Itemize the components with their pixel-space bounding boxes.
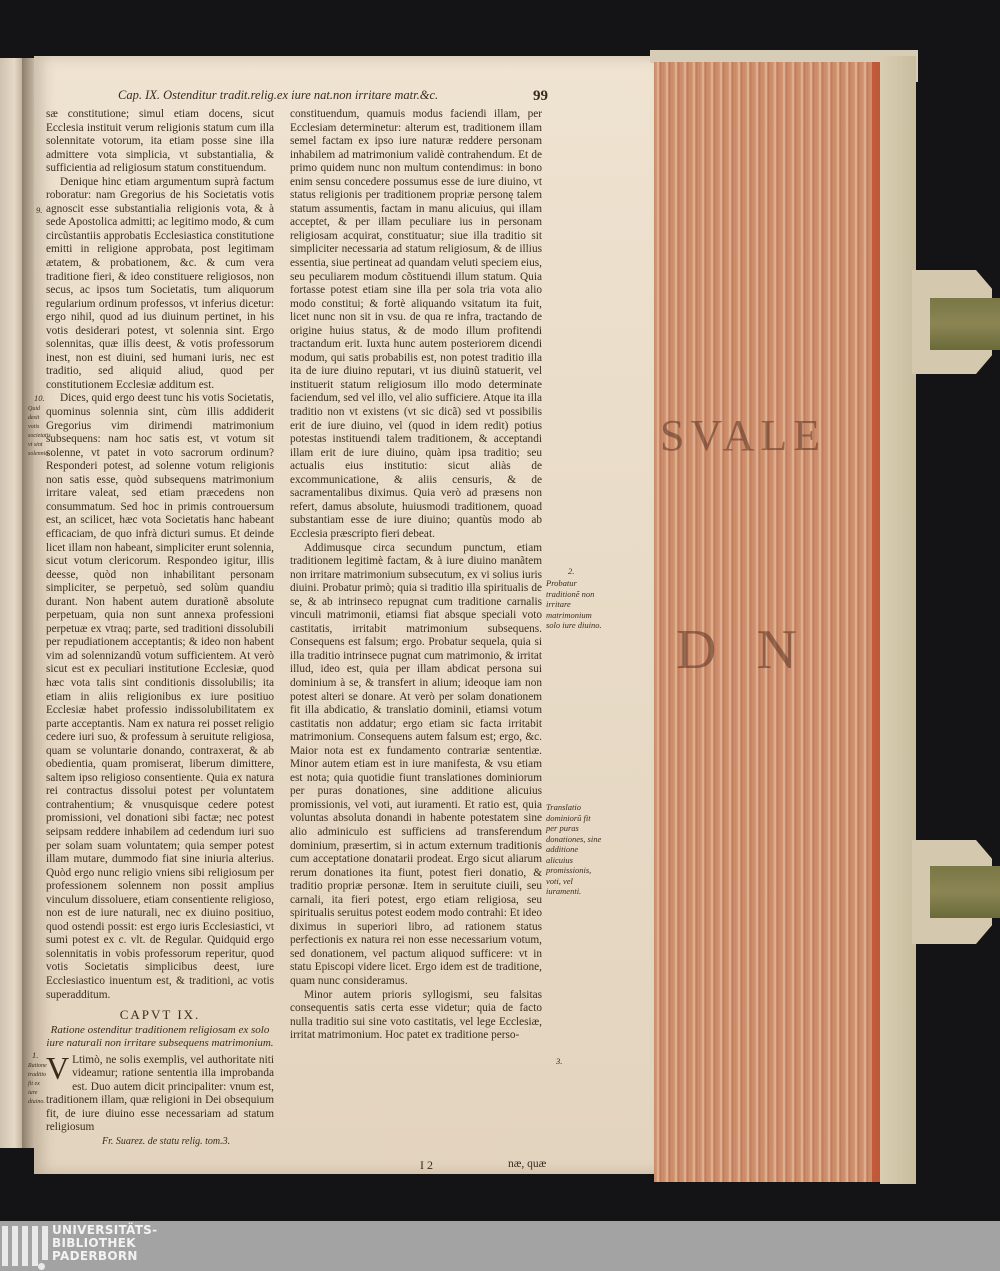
margin-note: Quid desit votis societatis vt sint sole… bbox=[28, 405, 48, 459]
margin-note-number: 3. bbox=[556, 1056, 562, 1067]
clasp-metal-upper bbox=[930, 298, 1000, 350]
footer-bar: UNIVERSITÄTS- BIBLIOTHEK PADERBORN bbox=[0, 1221, 1000, 1271]
catchword: næ, quæ bbox=[508, 1158, 546, 1170]
margin-note: Translatio dominiorũ fit per puras donat… bbox=[546, 802, 602, 897]
logo-line-3: PADERBORN bbox=[52, 1250, 157, 1263]
chapter-heading: CAPVT IX. bbox=[46, 1008, 274, 1022]
chapter-opening-text: Ltimò, ne solis exemplis, vel authoritat… bbox=[46, 1054, 274, 1134]
paragraph: Denique hinc etiam argumentum suprà fact… bbox=[46, 176, 274, 393]
fore-edge-stamp-line1: SVALE bbox=[660, 410, 826, 461]
signature-line: Fr. Suarez. de statu relig. tom.3. bbox=[46, 1135, 274, 1149]
running-head-title: Cap. IX. Ostenditur tradit.relig.ex iure… bbox=[118, 88, 438, 105]
scan-image: SVALE DN Cap. IX. Ostenditur tradit.reli… bbox=[0, 0, 1000, 1220]
page-number: 99 bbox=[533, 88, 548, 105]
margin-note: Probatur traditionẽ non irritare matrimo… bbox=[546, 578, 602, 631]
paragraph: Minor autem prioris syllogismi, seu fals… bbox=[290, 989, 542, 1043]
margin-note-number: 10. bbox=[34, 393, 45, 404]
right-column: constituendum, quamuis modus faciendi il… bbox=[290, 108, 542, 1043]
book-cover-edge bbox=[880, 56, 916, 1184]
fore-edge-stamp-line2: DN bbox=[676, 618, 837, 682]
drop-cap: V bbox=[46, 1054, 69, 1082]
clasp-metal-lower bbox=[930, 866, 1000, 918]
chapter-subtitle: Ratione ostenditur traditionem religiosa… bbox=[46, 1024, 274, 1050]
logo-dot-icon bbox=[38, 1263, 45, 1270]
paragraph: constituendum, quamuis modus faciendi il… bbox=[290, 108, 542, 542]
paragraph: Addimusque circa secundum punctum, etiam… bbox=[290, 542, 542, 989]
library-logo-text: UNIVERSITÄTS- BIBLIOTHEK PADERBORN bbox=[52, 1224, 157, 1263]
signature-mark: I 2 bbox=[420, 1158, 433, 1173]
margin-note-number: 2. bbox=[568, 566, 574, 577]
left-column: sæ constitutione; simul etiam docens, si… bbox=[46, 108, 274, 1148]
running-head: Cap. IX. Ostenditur tradit.relig.ex iure… bbox=[118, 88, 548, 105]
margin-note-number: 1. bbox=[32, 1050, 38, 1061]
verso-page-edge bbox=[0, 58, 24, 1148]
chapter-opening: V Ltimò, ne solis exemplis, vel authorit… bbox=[46, 1054, 274, 1135]
margin-note: Ratione traditio fit ex iure diuino. bbox=[28, 1062, 46, 1107]
paragraph: sæ constitutione; simul etiam docens, si… bbox=[46, 108, 274, 176]
paragraph: Dices, quid ergo deest tunc his votis So… bbox=[46, 392, 274, 1002]
margin-note-number: 9. bbox=[36, 205, 42, 216]
